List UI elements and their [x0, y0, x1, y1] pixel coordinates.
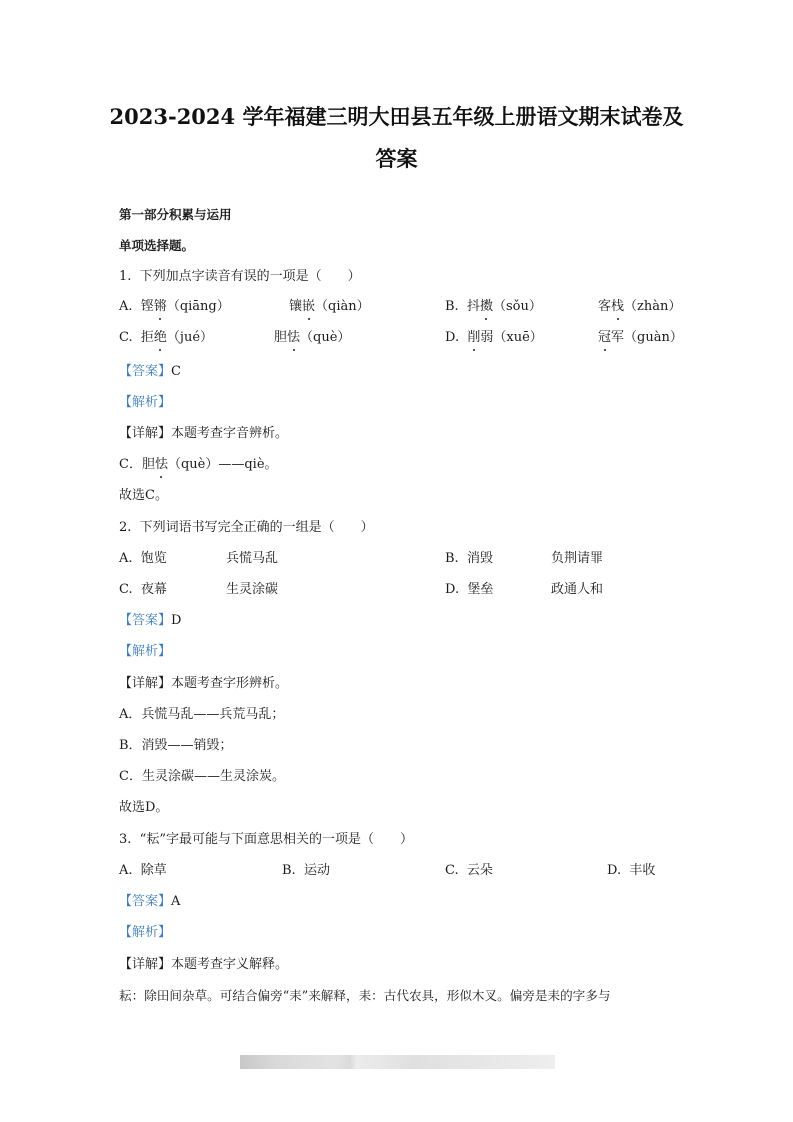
q2-explanation-2: B．消毁——销毁；	[119, 737, 233, 755]
q2-detail: 【详解】本题考查字形辨析。	[119, 675, 288, 693]
blurred-footer-watermark	[240, 1055, 555, 1069]
q2-option-d-word2: 政通人和	[551, 581, 603, 599]
q3-option-d: D. 丰收	[607, 862, 655, 880]
option-word: 云朵	[467, 863, 493, 878]
section-heading: 第一部分积累与运用	[119, 206, 232, 224]
q3-answer: 【答案】A	[119, 893, 180, 911]
option-word: 客栈	[598, 299, 624, 314]
q2-option-b: B. 消毁	[445, 550, 493, 568]
answer-label: 【答案】	[119, 894, 171, 909]
q2-explanation-3: C．生灵涂碳——生灵涂炭。	[119, 768, 285, 786]
detail-text: 本题考查字义解释。	[171, 957, 288, 972]
q1-explanation-1: C．胆怯（què）——qiè。	[119, 456, 278, 474]
q2-explanation-1: A．兵慌马乱——兵荒马乱；	[119, 706, 284, 724]
option-word: 冠军	[598, 330, 624, 345]
answer-value: A	[171, 894, 180, 909]
option-pinyin: （qiāng）	[167, 299, 230, 314]
document-page: 2023-2024 学年福建三明大田县五年级上册语文期末试卷及 答案 第一部分积…	[0, 0, 793, 1122]
option-pinyin: （jué）	[167, 330, 213, 345]
question-number: 3.	[119, 832, 131, 847]
question-text: “耘”字最可能与下面意思相关的一项是（ ）	[140, 832, 413, 847]
option-label: D.	[445, 582, 459, 597]
q1-detail: 【详解】本题考查字音辨析。	[119, 425, 288, 443]
question-number: 1.	[119, 269, 131, 284]
option-label: A.	[119, 863, 133, 878]
option-word: 抖擞	[467, 299, 493, 314]
option-label: B.	[445, 299, 459, 314]
q1-option-a-word2: 镶嵌（qiàn）	[289, 298, 370, 316]
option-word: 拒绝	[141, 330, 167, 345]
q3-option-b: B. 运动	[282, 862, 330, 880]
option-word: 除草	[141, 863, 167, 878]
q1-option-b-word2: 客栈（zhàn）	[598, 298, 681, 316]
option-word: 运动	[304, 863, 330, 878]
option-pinyin: （zhàn）	[624, 299, 681, 314]
question-2-stem: 2. 下列词语书写完全正确的一组是（ ）	[119, 519, 374, 537]
q3-analysis-label: 【解析】	[119, 924, 171, 942]
q1-option-c-word2: 胆怯（què）	[274, 329, 350, 347]
option-label: D.	[607, 863, 621, 878]
q2-analysis-label: 【解析】	[119, 643, 171, 661]
answer-value: C	[171, 364, 181, 379]
q1-answer: 【答案】C	[119, 363, 181, 381]
option-word: 夜幕	[141, 582, 167, 597]
detail-text: 本题考查字形辨析。	[171, 676, 288, 691]
q2-answer: 【答案】D	[119, 612, 181, 630]
detail-label: 【详解】	[119, 957, 171, 972]
answer-label: 【答案】	[119, 613, 171, 628]
option-word: 饱览	[141, 551, 167, 566]
subsection-heading: 单项选择题。	[119, 237, 194, 255]
q1-option-d-word2: 冠军（guàn）	[598, 329, 683, 347]
q1-option-d: D. 削弱（xuē）	[445, 329, 543, 347]
question-number: 2.	[119, 520, 131, 535]
answer-value: D	[171, 613, 181, 628]
q2-option-c: C. 夜幕	[119, 581, 167, 599]
option-word: 堡垒	[467, 582, 493, 597]
document-title-line1: 2023-2024 学年福建三明大田县五年级上册语文期末试卷及	[60, 102, 733, 132]
option-label: B.	[282, 863, 296, 878]
option-word: 铿锵	[141, 299, 167, 314]
option-word: 削弱	[467, 330, 493, 345]
option-pinyin: （qiàn）	[315, 299, 370, 314]
detail-text: 本题考查字音辨析。	[171, 426, 288, 441]
option-word: 消毁	[467, 551, 493, 566]
option-pinyin: （guàn）	[624, 330, 683, 345]
question-text: 下列加点字读音有误的一项是（ ）	[140, 269, 361, 284]
q2-option-b-word2: 负荆请罪	[551, 550, 603, 568]
question-1-stem: 1. 下列加点字读音有误的一项是（ ）	[119, 268, 361, 286]
q1-analysis-label: 【解析】	[119, 394, 171, 412]
q2-option-c-word2: 生灵涂碳	[226, 581, 278, 599]
option-label: A.	[119, 551, 133, 566]
option-word: 丰收	[629, 863, 655, 878]
q2-option-d: D. 堡垒	[445, 581, 493, 599]
q1-option-a: A. 铿锵（qiāng）	[119, 298, 230, 316]
option-pinyin: （què）	[300, 330, 350, 345]
q3-option-a: A. 除草	[119, 862, 167, 880]
question-3-stem: 3. “耘”字最可能与下面意思相关的一项是（ ）	[119, 831, 413, 849]
q3-explanation-1: 耘：除田间杂草。可结合偏旁“耒”来解释，耒：古代农具，形似木叉。偏旁是耒的字多与	[119, 987, 610, 1005]
q3-option-c: C. 云朵	[445, 862, 493, 880]
option-label: D.	[445, 330, 459, 345]
option-pinyin: （sǒu）	[493, 299, 542, 314]
option-label: C.	[119, 330, 133, 345]
option-pinyin: （xuē）	[493, 330, 542, 345]
q2-option-a-word2: 兵慌马乱	[226, 550, 278, 568]
detail-label: 【详解】	[119, 676, 171, 691]
document-title-line2: 答案	[60, 144, 733, 174]
option-label: C.	[119, 582, 133, 597]
option-label: C.	[445, 863, 459, 878]
option-word: 胆怯	[274, 330, 300, 345]
q1-option-c: C. 拒绝（jué）	[119, 329, 213, 347]
option-label: A.	[119, 299, 133, 314]
detail-label: 【详解】	[119, 426, 171, 441]
q1-option-b: B. 抖擞（sǒu）	[445, 298, 542, 316]
question-text: 下列词语书写完全正确的一组是（ ）	[140, 520, 374, 535]
option-label: B.	[445, 551, 459, 566]
q1-conclusion: 故选C。	[119, 487, 168, 505]
option-word: 镶嵌	[289, 299, 315, 314]
q2-conclusion: 故选D。	[119, 799, 168, 817]
q3-detail: 【详解】本题考查字义解释。	[119, 956, 288, 974]
answer-label: 【答案】	[119, 364, 171, 379]
q2-option-a: A. 饱览	[119, 550, 167, 568]
